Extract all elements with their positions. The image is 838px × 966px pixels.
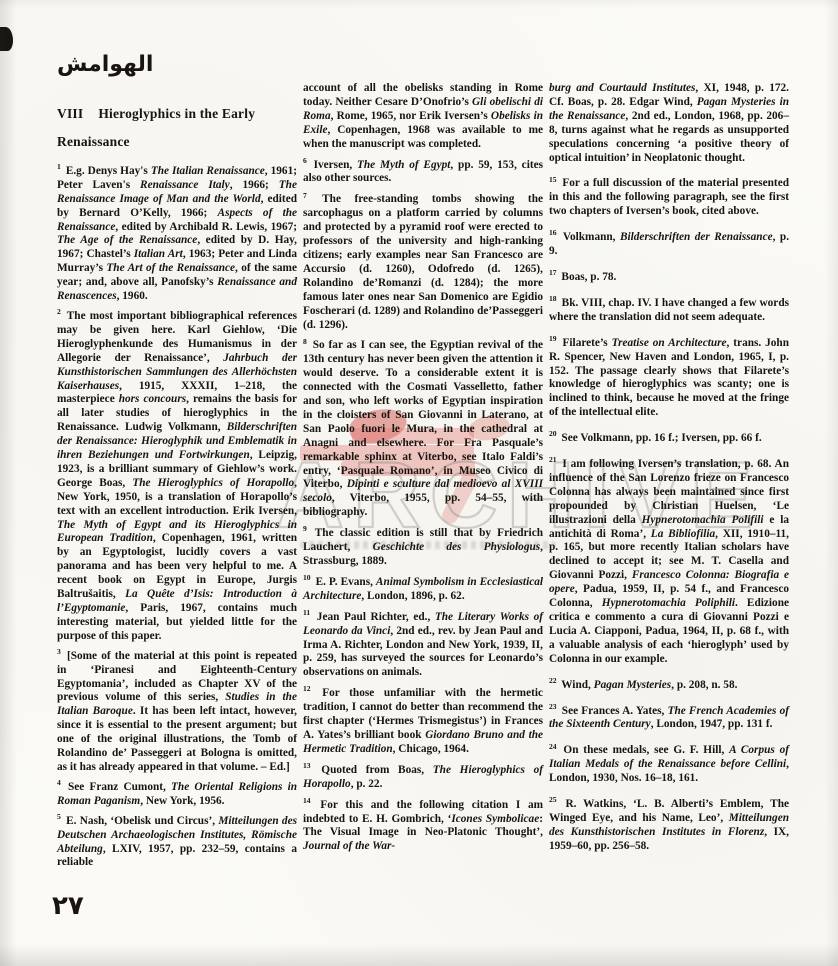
footnote-17: 17 Boas, p. 78. [549, 271, 789, 285]
footnote-1: 1 E.g. Denys Hay's The Italian Renaissan… [57, 165, 297, 304]
footnote-number: 14 [303, 796, 311, 805]
footnote-number: 15 [549, 175, 557, 184]
footnote-number: 4 [57, 778, 61, 787]
footnote-number: 18 [549, 294, 557, 303]
footnotes-left: 1 E.g. Denys Hay's The Italian Renaissan… [57, 165, 297, 870]
footnote-number: 8 [303, 337, 307, 346]
section-title-line2: Renaissance [57, 134, 130, 149]
footnote-number: 10 [303, 573, 311, 582]
footnote-number: 20 [549, 429, 557, 438]
footnote-15: 15 For a full discussion of the material… [549, 177, 789, 219]
footnote-continuation: burg and Courtauld Institutes, XI, 1948,… [549, 82, 789, 165]
footnote-number: 23 [549, 702, 557, 711]
footnote-number: 16 [549, 228, 557, 237]
scan-artifact-corner [0, 27, 13, 51]
footnote-11: 11 Jean Paul Richter, ed., The Literary … [303, 611, 543, 681]
footnote-4: 4 See Franz Cumont, The Oriental Religio… [57, 781, 297, 809]
footnote-8: 8 So far as I can see, the Egyptian revi… [303, 339, 543, 520]
footnote-18: 18 Bk. VIII, chap. IV. I have changed a … [549, 297, 789, 325]
column-right: burg and Courtauld Institutes, XI, 1948,… [549, 82, 789, 866]
footnote-number: 2 [57, 307, 61, 316]
footnote-3: 3 [Some of the material at this point is… [57, 650, 297, 775]
footnote-7: 7 The free-standing tombs showing the sa… [303, 193, 543, 332]
footnote-22: 22 Wind, Pagan Mysteries, p. 208, n. 58. [549, 679, 789, 693]
footnote-24: 24 On these medals, see G. F. Hill, A Co… [549, 744, 789, 786]
column-left: الهوامش VIIIHieroglyphics in the EarlyRe… [57, 58, 297, 876]
footnote-number: 7 [303, 191, 307, 200]
footnote-number: 25 [549, 795, 557, 804]
footnote-12: 12 For those unfamiliar with the hermeti… [303, 687, 543, 757]
footnote-number: 12 [303, 684, 311, 693]
footnote-number: 19 [549, 334, 557, 343]
footnote-19: 19 Filarete’s Treatise on Architecture, … [549, 337, 789, 420]
footnote-13: 13 Quoted from Boas, The Hieroglyphics o… [303, 764, 543, 792]
footnote-number: 11 [303, 608, 310, 617]
page-number: ٢٧ [52, 891, 84, 921]
column-middle: account of all the obelisks standing in … [303, 82, 543, 861]
section-title-line1: Hieroglyphics in the Early [98, 106, 255, 121]
footnote-25: 25 R. Watkins, ‘L. B. Alberti’s Emblem, … [549, 798, 789, 854]
footnote-number: 3 [57, 647, 61, 656]
footnote-5: 5 E. Nash, ‘Obelisk und Circus’, Mitteil… [57, 815, 297, 871]
footnote-number: 24 [549, 742, 557, 751]
arabic-heading: الهوامش [57, 58, 177, 72]
footnote-10: 10 E. P. Evans, Animal Symbolism in Eccl… [303, 576, 543, 604]
footnote-number: 6 [303, 156, 307, 165]
footnote-continuation: account of all the obelisks standing in … [303, 82, 543, 152]
footnote-number: 9 [303, 524, 307, 533]
section-heading: VIIIHieroglyphics in the EarlyRenaissanc… [57, 100, 297, 156]
footnote-2: 2 The most important bibliographical ref… [57, 310, 297, 644]
footnote-number: 5 [57, 812, 61, 821]
footnote-20: 20 See Volkmann, pp. 16 f.; Iversen, pp.… [549, 432, 789, 446]
footnote-9: 9 The classic edition is still that by F… [303, 527, 543, 569]
footnote-number: 13 [303, 761, 311, 770]
footnote-number: 22 [549, 676, 557, 685]
footnote-21: 21 I am following Iversen’s translation,… [549, 458, 789, 667]
footnote-14: 14 For this and the following citation I… [303, 799, 543, 855]
footnote-16: 16 Volkmann, Bilderschriften der Renaiss… [549, 231, 789, 259]
footnote-6: 6 Iversen, The Myth of Egypt, pp. 59, 15… [303, 159, 543, 187]
section-number: VIII [57, 106, 83, 121]
footnote-number: 17 [549, 268, 557, 277]
footnote-number: 21 [549, 455, 557, 464]
scanned-book-page: ARCHIVE الهوامش VIIIHieroglyphics in the… [0, 0, 838, 966]
footnote-number: 1 [57, 162, 61, 171]
footnote-23: 23 See Frances A. Yates, The French Acad… [549, 705, 789, 733]
